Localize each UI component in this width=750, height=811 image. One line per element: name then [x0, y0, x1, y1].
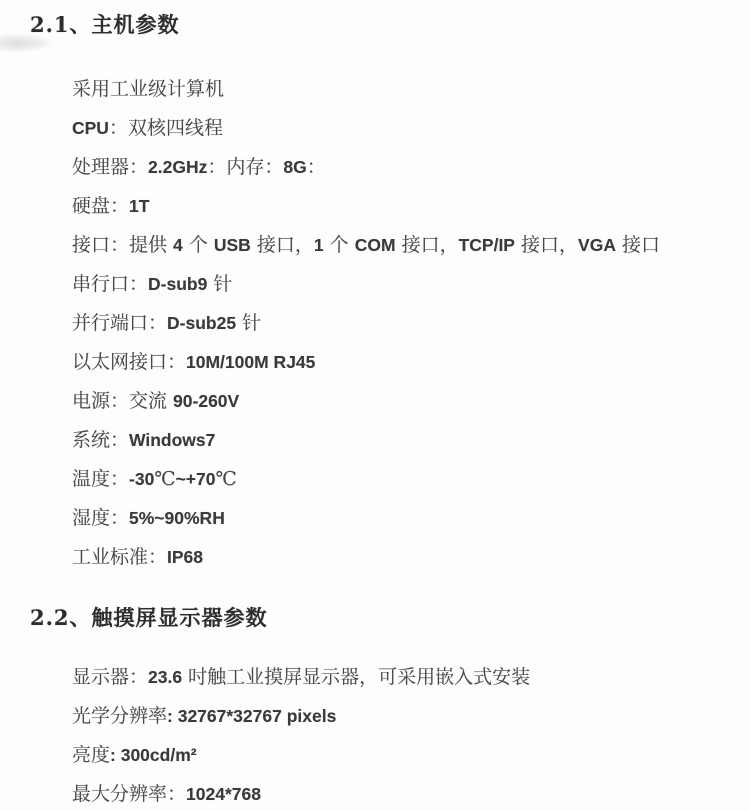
chinese-text-segment: 处理器：	[72, 156, 148, 178]
latin-text-segment: USB	[214, 235, 251, 255]
latin-text-segment: CPU	[72, 118, 109, 138]
chinese-text-segment: 接口	[616, 234, 660, 256]
latin-text-segment: D-sub25	[167, 313, 236, 333]
chinese-text-segment: 接口，	[396, 234, 459, 256]
chinese-text-segment: 吋触工业摸屏显示器，可采用嵌入式安装	[182, 666, 530, 688]
chinese-text-segment: 温度：	[72, 468, 129, 490]
chinese-text-segment: 最大分辨率：	[72, 783, 186, 805]
chinese-text-segment: 光学分辨率	[72, 705, 167, 727]
section-body: 采用工业级计算机CPU：双核四线程处理器：2.2GHz：内存：8G：硬盘：1T接…	[0, 70, 750, 577]
chinese-text-segment: 个	[324, 234, 355, 256]
spec-line: 以太网接口：10M/100M RJ45	[72, 343, 750, 382]
section-body: 显示器：23.6 吋触工业摸屏显示器，可采用嵌入式安装光学分辨率: 32767*…	[0, 658, 750, 811]
chinese-text-segment: 接口：提供	[72, 234, 173, 256]
latin-text-segment: : 32767*32767 pixels	[167, 706, 336, 726]
chinese-text-segment: ℃	[215, 468, 236, 490]
spec-line: 并行端口：D-sub25 针	[72, 304, 750, 343]
chinese-text-segment: 显示器：	[72, 666, 148, 688]
chinese-text-segment: ℃	[154, 468, 175, 490]
latin-text-segment: VGA	[578, 235, 616, 255]
spec-line: 亮度: 300cd/m²	[72, 736, 750, 775]
latin-text-segment: 4	[173, 235, 183, 255]
chinese-text-segment: 硬盘：	[72, 195, 129, 217]
chinese-text-segment: 针	[207, 273, 232, 295]
chinese-text-segment: 湿度：	[72, 507, 129, 529]
spec-line: 电源：交流 90-260V	[72, 382, 750, 421]
latin-text-segment: 23.6	[148, 667, 182, 687]
spec-line: 最大分辨率：1024*768	[72, 775, 750, 811]
latin-text-segment: : 300cd/m²	[110, 745, 197, 765]
chinese-text-segment: 系统：	[72, 429, 129, 451]
section-heading: 2.2、触摸屏显示器参数	[30, 605, 750, 631]
chinese-text-segment: 针	[236, 312, 261, 334]
latin-text-segment: Windows7	[129, 430, 215, 450]
spec-line: 显示器：23.6 吋触工业摸屏显示器，可采用嵌入式安装	[72, 658, 750, 697]
chinese-text-segment: 个	[183, 234, 214, 256]
chinese-text-segment: ：双核四线程	[109, 117, 223, 139]
spec-line: 光学分辨率: 32767*32767 pixels	[72, 697, 750, 736]
spec-line: 串行口：D-sub9 针	[72, 265, 750, 304]
latin-text-segment: 10M/100M RJ45	[186, 352, 315, 372]
latin-text-segment: 2.2GHz	[148, 157, 207, 177]
spec-line: 温度：-30℃~+70℃	[72, 460, 750, 499]
latin-text-segment: TCP/IP	[459, 235, 515, 255]
spec-line: CPU：双核四线程	[72, 109, 750, 148]
spec-line: 硬盘：1T	[72, 187, 750, 226]
latin-text-segment: COM	[355, 235, 396, 255]
chinese-text-segment: 接口，	[515, 234, 578, 256]
spec-line: 处理器：2.2GHz：内存：8G：	[72, 148, 750, 187]
chinese-text-segment: ：	[307, 156, 326, 178]
chinese-text-segment: ：内存：	[207, 156, 283, 178]
latin-text-segment: 90-260V	[173, 391, 239, 411]
spec-line: 湿度：5%~90%RH	[72, 499, 750, 538]
spec-line: 接口：提供 4 个 USB 接口，1 个 COM 接口，TCP/IP 接口，VG…	[72, 226, 750, 265]
latin-text-segment: 1T	[129, 196, 149, 216]
latin-text-segment: IP68	[167, 547, 203, 567]
latin-text-segment: 8G	[283, 157, 306, 177]
latin-text-segment: 1024*768	[186, 784, 261, 804]
latin-text-segment: 5%~90%RH	[129, 508, 225, 528]
latin-text-segment: -30	[129, 469, 154, 489]
spec-line: 工业标准：IP68	[72, 538, 750, 577]
latin-text-segment: 1	[314, 235, 324, 255]
section-heading: 2.1、主机参数	[30, 12, 750, 38]
document-body: 2.1、主机参数采用工业级计算机CPU：双核四线程处理器：2.2GHz：内存：8…	[0, 0, 750, 811]
chinese-text-segment: 电源：交流	[72, 390, 173, 412]
section-2: 2.2、触摸屏显示器参数显示器：23.6 吋触工业摸屏显示器，可采用嵌入式安装光…	[0, 605, 750, 811]
spec-line: 系统：Windows7	[72, 421, 750, 460]
chinese-text-segment: 亮度	[72, 744, 110, 766]
chinese-text-segment: 采用工业级计算机	[72, 78, 224, 100]
chinese-text-segment: 串行口：	[72, 273, 148, 295]
chinese-text-segment: 并行端口：	[72, 312, 167, 334]
section-1: 2.1、主机参数采用工业级计算机CPU：双核四线程处理器：2.2GHz：内存：8…	[0, 12, 750, 577]
latin-text-segment: D-sub9	[148, 274, 207, 294]
latin-text-segment: ~+70	[176, 469, 216, 489]
chinese-text-segment: 以太网接口：	[72, 351, 186, 373]
chinese-text-segment: 工业标准：	[72, 546, 167, 568]
chinese-text-segment: 接口，	[251, 234, 314, 256]
spec-line: 采用工业级计算机	[72, 70, 750, 109]
